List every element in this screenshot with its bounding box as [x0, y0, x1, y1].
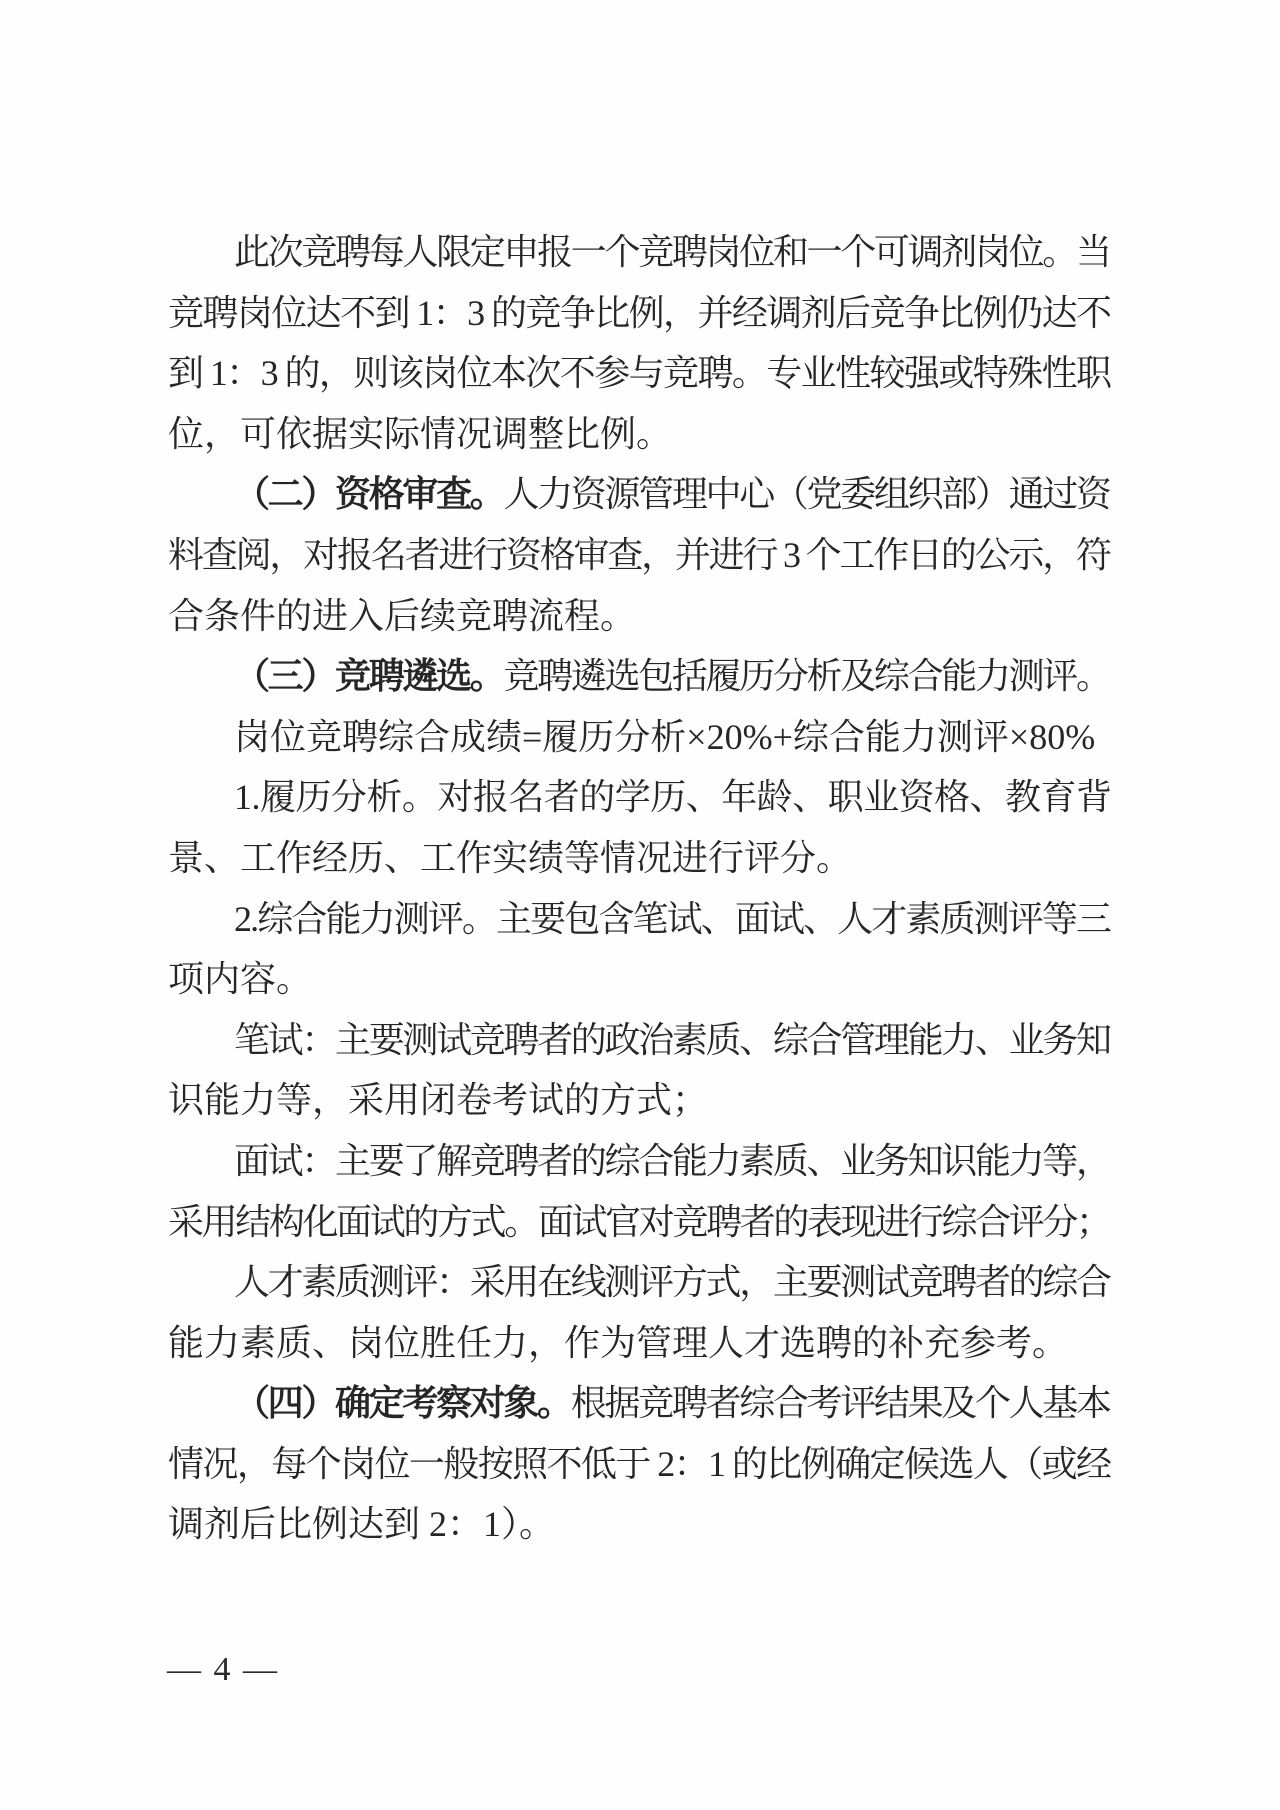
text-line: 面试：主要了解竞聘者的综合能力素质、业务知识能力等， [168, 1131, 1112, 1192]
line-body: 竞聘岗位达不到 1：3 的竞争比例，并经调剂后竞争比例仍达不 [168, 293, 1110, 333]
line-body: 料查阅，对报名者进行资格审查，并进行 3 个工作日的公示，符 [168, 535, 1110, 575]
text-line: 项内容。 [168, 949, 1112, 1010]
line-text: 此次竞聘每人限定申报一个竞聘岗位和一个可调剂岗位。当 [234, 222, 1110, 283]
line-body: 竞聘遴选包括履历分析及综合能力测评。 [503, 656, 1109, 696]
text-line: 情况，每个岗位一般按照不低于 2：1 的比例确定候选人（或经 [168, 1434, 1112, 1495]
text-line: 料查阅，对报名者进行资格审查，并进行 3 个工作日的公示，符 [168, 525, 1112, 586]
text-line: 人才素质测评：采用在线测评方式，主要测试竞聘者的综合 [168, 1252, 1112, 1313]
line-body: 情况，每个岗位一般按照不低于 2：1 的比例确定候选人（或经 [168, 1444, 1110, 1484]
line-text: （二）资格审查。人力资源管理中心（党委组织部）通过资 [234, 464, 1110, 525]
line-text: 位，可依据实际情况调整比例。 [168, 404, 672, 465]
line-text: 能力素质、岗位胜任力，作为管理人才选聘的补充参考。 [168, 1313, 1068, 1374]
text-line: 识能力等，采用闭卷考试的方式； [168, 1070, 1112, 1131]
text-line: 到 1：3 的，则该岗位本次不参与竞聘。专业性较强或特殊性职 [168, 343, 1112, 404]
line-body: 岗位竞聘综合成绩=履历分析×20%+综合能力测评×80% [234, 717, 1095, 757]
text-line: 竞聘岗位达不到 1：3 的竞争比例，并经调剂后竞争比例仍达不 [168, 283, 1112, 344]
line-body: 景、工作经历、工作实绩等情况进行评分。 [168, 838, 852, 878]
line-body: 调剂后比例达到 2：1）。 [168, 1504, 555, 1544]
line-text: 到 1：3 的，则该岗位本次不参与竞聘。专业性较强或特殊性职 [168, 343, 1110, 404]
line-body: 面试：主要了解竞聘者的综合能力素质、业务知识能力等， [234, 1141, 1110, 1181]
line-text: 合条件的进入后续竞聘流程。 [168, 586, 636, 647]
text-line: 能力素质、岗位胜任力，作为管理人才选聘的补充参考。 [168, 1313, 1112, 1374]
line-body: 2.综合能力测评。主要包含笔试、面试、人才素质测评等三 [234, 899, 1110, 939]
section-heading: （二）资格审查。 [234, 474, 503, 514]
line-body: 识能力等，采用闭卷考试的方式； [168, 1080, 708, 1120]
line-body: 笔试：主要测试竞聘者的政治素质、综合管理能力、业务知 [234, 1020, 1110, 1060]
line-text: （三）竞聘遴选。竞聘遴选包括履历分析及综合能力测评。 [234, 646, 1110, 707]
line-text: 岗位竞聘综合成绩=履历分析×20%+综合能力测评×80% [234, 707, 1095, 768]
text-line: 调剂后比例达到 2：1）。 [168, 1494, 1112, 1555]
line-text: 情况，每个岗位一般按照不低于 2：1 的比例确定候选人（或经 [168, 1434, 1110, 1495]
text-line: 位，可依据实际情况调整比例。 [168, 404, 1112, 465]
line-text: （四）确定考察对象。根据竞聘者综合考评结果及个人基本 [234, 1373, 1110, 1434]
line-body: 1.履历分析。对报名者的学历、年龄、职业资格、教育背 [234, 777, 1111, 817]
text-line: 笔试：主要测试竞聘者的政治素质、综合管理能力、业务知 [168, 1010, 1112, 1071]
line-body: 合条件的进入后续竞聘流程。 [168, 596, 636, 636]
line-body: 根据竞聘者综合考评结果及个人基本 [571, 1383, 1110, 1423]
line-text: 2.综合能力测评。主要包含笔试、面试、人才素质测评等三 [234, 889, 1110, 950]
text-line: 岗位竞聘综合成绩=履历分析×20%+综合能力测评×80% [168, 707, 1112, 768]
text-line: （四）确定考察对象。根据竞聘者综合考评结果及个人基本 [168, 1373, 1112, 1434]
line-body: 位，可依据实际情况调整比例。 [168, 414, 672, 454]
page-number: — 4 — [167, 1648, 279, 1692]
text-line: 合条件的进入后续竞聘流程。 [168, 586, 1112, 647]
line-text: 竞聘岗位达不到 1：3 的竞争比例，并经调剂后竞争比例仍达不 [168, 283, 1110, 344]
line-text: 人才素质测评：采用在线测评方式，主要测试竞聘者的综合 [234, 1252, 1110, 1313]
document-body: 此次竞聘每人限定申报一个竞聘岗位和一个可调剂岗位。当 竞聘岗位达不到 1：3 的… [168, 222, 1112, 1555]
line-body: 人力资源管理中心（党委组织部）通过资 [503, 474, 1109, 514]
line-body: 此次竞聘每人限定申报一个竞聘岗位和一个可调剂岗位。当 [234, 232, 1110, 272]
text-line: （三）竞聘遴选。竞聘遴选包括履历分析及综合能力测评。 [168, 646, 1112, 707]
text-line: （二）资格审查。人力资源管理中心（党委组织部）通过资 [168, 464, 1112, 525]
line-text: 采用结构化面试的方式。面试官对竞聘者的表现进行综合评分； [168, 1192, 1110, 1253]
line-text: 面试：主要了解竞聘者的综合能力素质、业务知识能力等， [234, 1131, 1110, 1192]
text-line: 采用结构化面试的方式。面试官对竞聘者的表现进行综合评分； [168, 1192, 1112, 1253]
section-heading: （四）确定考察对象。 [234, 1383, 571, 1423]
line-body: 项内容。 [168, 959, 312, 999]
document-page: 此次竞聘每人限定申报一个竞聘岗位和一个可调剂岗位。当 竞聘岗位达不到 1：3 的… [0, 0, 1280, 1810]
line-body: 能力素质、岗位胜任力，作为管理人才选聘的补充参考。 [168, 1323, 1068, 1363]
line-text: 项内容。 [168, 949, 312, 1010]
line-text: 笔试：主要测试竞聘者的政治素质、综合管理能力、业务知 [234, 1010, 1110, 1071]
text-line: 景、工作经历、工作实绩等情况进行评分。 [168, 828, 1112, 889]
line-body: 人才素质测评：采用在线测评方式，主要测试竞聘者的综合 [234, 1262, 1110, 1302]
line-text: 1.履历分析。对报名者的学历、年龄、职业资格、教育背 [234, 767, 1111, 828]
section-heading: （三）竞聘遴选。 [234, 656, 503, 696]
line-body: 到 1：3 的，则该岗位本次不参与竞聘。专业性较强或特殊性职 [168, 353, 1110, 393]
text-line: 1.履历分析。对报名者的学历、年龄、职业资格、教育背 [168, 767, 1112, 828]
text-line: 2.综合能力测评。主要包含笔试、面试、人才素质测评等三 [168, 889, 1112, 950]
line-text: 识能力等，采用闭卷考试的方式； [168, 1070, 708, 1131]
line-body: 采用结构化面试的方式。面试官对竞聘者的表现进行综合评分； [168, 1202, 1110, 1242]
line-text: 调剂后比例达到 2：1）。 [168, 1494, 555, 1555]
line-text: 料查阅，对报名者进行资格审查，并进行 3 个工作日的公示，符 [168, 525, 1110, 586]
line-text: 景、工作经历、工作实绩等情况进行评分。 [168, 828, 852, 889]
text-line: 此次竞聘每人限定申报一个竞聘岗位和一个可调剂岗位。当 [168, 222, 1112, 283]
